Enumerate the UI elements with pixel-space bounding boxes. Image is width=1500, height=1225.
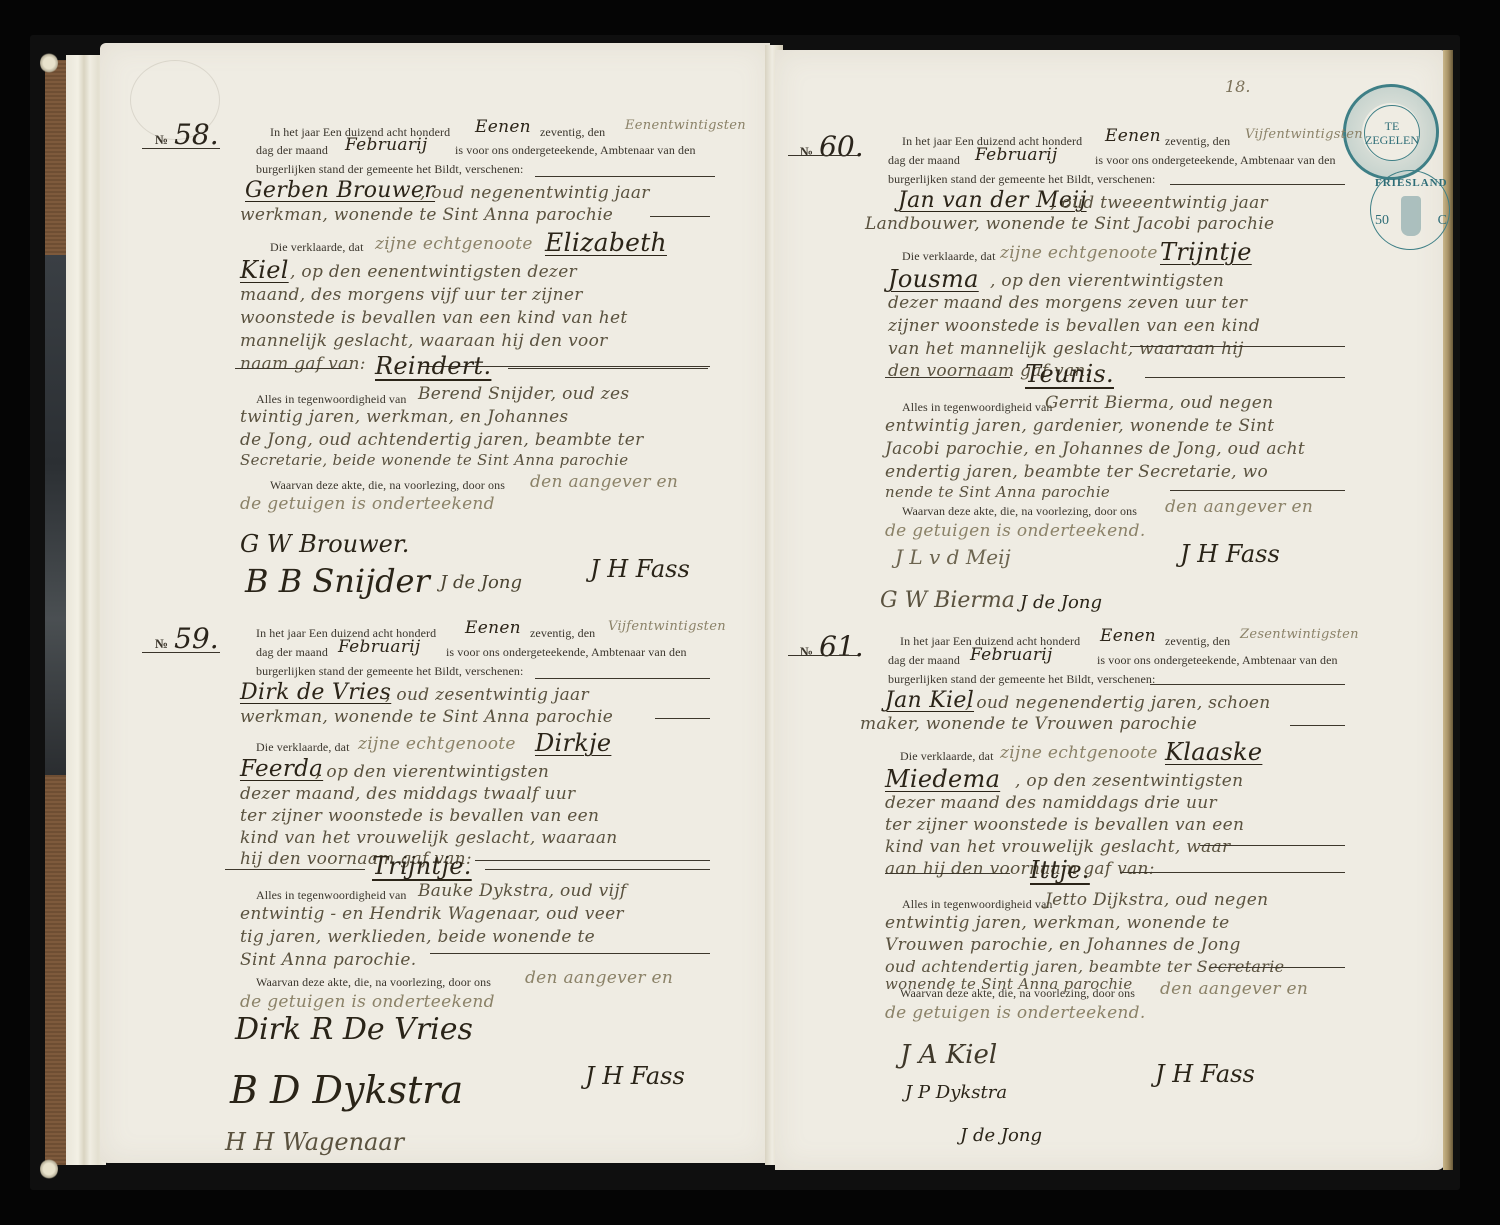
printed-line-2a: dag der maand [256, 143, 328, 158]
printed-line-3: burgerlijken stand der gemeente het Bild… [256, 664, 523, 679]
act-number: №58. [155, 118, 219, 151]
mother-last-name: Feerda [240, 756, 323, 782]
day-word: Vijfentwintigsten [1245, 127, 1363, 142]
day-word: Eenentwintigsten [625, 118, 746, 133]
signed-line: den aangever en [1160, 979, 1308, 999]
crown-crest-icon [1401, 196, 1421, 236]
fill-rule [885, 873, 1010, 874]
printed-whereof: Waarvan deze akte, die, na voorlezing, d… [270, 478, 505, 493]
act-number: №61. [800, 630, 864, 663]
declarant-line-2: maker, wonende te Vrouwen parochie [860, 714, 1197, 734]
printed-line-3: burgerlijken stand der gemeente het Bild… [888, 172, 1155, 187]
signature: J de Jong [1020, 592, 1102, 613]
spouse-intro: zijne echtgenoote [358, 734, 516, 754]
fill-rule [535, 176, 715, 177]
province-stamp-name: FRIESLAND [1375, 177, 1447, 189]
declarant-line-1: , oud zesentwintig jaar [385, 685, 589, 705]
child-name: Ittje. [1030, 856, 1090, 884]
birth-line: , op den eenentwintigsten dezer [290, 262, 577, 282]
birth-line: aan hij den voornaam gaf van: [885, 859, 1155, 879]
printed-line-3: burgerlijken stand der gemeente het Bild… [256, 162, 523, 177]
witness-line: Gerrit Bierma, oud negen [1045, 393, 1273, 413]
witness-line: nende te Sint Anna parochie [885, 483, 1110, 501]
signature: J A Kiel [900, 1040, 997, 1070]
fill-rule [655, 718, 710, 719]
year-word: Eenen [475, 117, 531, 137]
child-name: Teunis. [1025, 360, 1114, 388]
mother-last-name: Jousma [888, 265, 979, 293]
mother-first-name: Dirkje [535, 729, 611, 757]
mother-first-name: Trijntje [1160, 238, 1252, 266]
printed-declared: Die verklaarde, dat [902, 249, 996, 264]
declarant-line-2: Landbouwer, wonende te Sint Jacobi paroc… [865, 214, 1274, 234]
witness-line: Berend Snijder, oud zes [418, 384, 629, 404]
declarant-line-2: werkman, wonende te Sint Anna parochie [240, 205, 613, 225]
act-number: №59. [155, 622, 219, 655]
binding-thread-top [40, 52, 58, 74]
month: Februarij [975, 145, 1058, 165]
fill-rule [535, 678, 710, 679]
printed-zeventig: zeventig, den [1165, 134, 1230, 149]
birth-line: van het mannelijk geslacht, waaraan hij [888, 339, 1244, 359]
printed-line-2b: is voor ons ondergeteekende, Ambtenaar v… [1095, 153, 1336, 168]
printed-presence: Alles in tegenwoordigheid van [902, 897, 1053, 912]
child-name: Reindert. [375, 352, 491, 380]
witness-line: twintig jaren, werkman, en Johannes [240, 407, 568, 427]
printed-line-2b: is voor ons ondergeteekende, Ambtenaar v… [1097, 653, 1338, 668]
signed-line: de getuigen is onderteekend [240, 992, 495, 1012]
birth-line: dezer maand des morgens zeven uur ter [888, 293, 1247, 313]
witness-line: entwintig jaren, gardenier, wonende te S… [885, 416, 1274, 436]
day-word: Vijfentwintigsten [608, 619, 726, 634]
birth-line: mannelijk geslacht, waaraan hij den voor [240, 331, 608, 351]
witness-line: Sint Anna parochie. [240, 950, 416, 970]
birth-line: , op den vierentwintigsten [990, 271, 1224, 291]
fill-rule [1120, 872, 1345, 873]
signature: J P Dykstra [905, 1082, 1007, 1103]
signature: H H Wagenaar [225, 1128, 404, 1156]
month: Februarij [970, 645, 1053, 665]
printed-whereof: Waarvan deze akte, die, na voorlezing, d… [900, 986, 1135, 1001]
fill-rule [225, 869, 365, 870]
act-number-rule [788, 155, 858, 156]
mother-first-name: Klaaske [1165, 738, 1262, 766]
birth-line: ter zijner woonstede is bevallen van een [885, 815, 1244, 835]
printed-zeventig: zeventig, den [530, 626, 595, 641]
act-number: №60. [800, 130, 864, 163]
fill-rule [1200, 845, 1345, 846]
printed-line-2a: dag der maand [888, 153, 960, 168]
witness-line: Bauke Dykstra, oud vijf [418, 881, 626, 901]
printed-presence: Alles in tegenwoordigheid van [256, 888, 407, 903]
signed-line: de getuigen is onderteekend. [885, 521, 1146, 541]
fill-rule [650, 216, 710, 217]
birth-line: , op den zesentwintigsten [1015, 771, 1243, 791]
declarant-name: Gerben Brouwer [245, 178, 435, 203]
declarant-line-1: , oud tweeentwintig jaar [1050, 193, 1268, 213]
fill-rule [1210, 967, 1345, 968]
signed-line: den aangever en [530, 472, 678, 492]
printed-whereof: Waarvan deze akte, die, na voorlezing, d… [902, 504, 1137, 519]
fill-rule [1130, 346, 1345, 347]
day-word: Zesentwintigsten [1240, 627, 1359, 642]
printed-line-2b: is voor ons ondergeteekende, Ambtenaar v… [446, 645, 687, 660]
printed-line-2a: dag der maand [256, 645, 328, 660]
fill-rule [485, 869, 710, 870]
birth-line: kind van het vrouwelijk geslacht, waaraa… [240, 828, 618, 848]
fill-rule [1150, 684, 1345, 685]
fiscal-stamp-text: TE ZEGELEN [1364, 105, 1420, 161]
witness-line: Jacobi parochie, en Johannes de Jong, ou… [885, 439, 1305, 459]
year-word: Eenen [1105, 126, 1161, 146]
month: Februarij [338, 637, 421, 657]
birth-line: ter zijner woonstede is bevallen van een [240, 806, 599, 826]
declarant-name: Dirk de Vries [240, 680, 391, 705]
witness-line: Secretarie, beide wonende te Sint Anna p… [240, 451, 628, 469]
fill-rule [1170, 490, 1345, 491]
mother-first-name: Elizabeth [545, 228, 667, 257]
witness-line: tig jaren, werklieden, beide wonende te [240, 927, 595, 947]
declarant-name: Jan Kiel [885, 688, 974, 713]
printed-presence: Alles in tegenwoordigheid van [902, 400, 1053, 415]
signed-line: de getuigen is onderteekend. [885, 1003, 1146, 1023]
child-name: Trijntje. [372, 852, 472, 880]
birth-line: woonstede is bevallen van een kind van h… [240, 308, 628, 328]
declarant-line-1: , oud negenentwintig jaar [420, 183, 650, 203]
printed-whereof: Waarvan deze akte, die, na voorlezing, d… [256, 975, 491, 990]
witness-line: de Jong, oud achtendertig jaren, beambte… [240, 430, 644, 450]
fill-rule [1145, 377, 1345, 378]
year-word: Eenen [1100, 626, 1156, 646]
spouse-intro: zijne echtgenoote [1000, 743, 1158, 763]
witness-line: entwintig jaren, werkman, wonende te [885, 913, 1230, 933]
act-number-rule [788, 655, 858, 656]
witness-line: Vrouwen parochie, en Johannes de Jong [885, 935, 1241, 955]
witness-line: entwintig - en Hendrik Wagenaar, oud vee… [240, 904, 624, 924]
spouse-intro: zijne echtgenoote [1000, 243, 1158, 263]
year-word: Eenen [465, 618, 521, 638]
printed-declared: Die verklaarde, dat [270, 240, 364, 255]
stamp-value: 50 [1375, 213, 1389, 229]
signature: B B Snijder [245, 562, 430, 600]
signature: G W Brouwer. [240, 530, 409, 558]
fill-rule [508, 368, 708, 369]
birth-line: naam gaf van: [240, 354, 366, 374]
signature: J de Jong [440, 572, 522, 593]
act-number-rule [142, 148, 220, 149]
registrar-signature: J H Fass [1180, 540, 1280, 568]
declarant-line-2: werkman, wonende te Sint Anna parochie [240, 707, 613, 727]
fill-rule [430, 953, 710, 954]
signature: J L v d Meij [895, 545, 1011, 569]
binding-thread-bottom [40, 1158, 58, 1180]
printed-line-2a: dag der maand [888, 653, 960, 668]
folio-number: 18. [1225, 77, 1250, 96]
spouse-intro: zijne echtgenoote [375, 234, 533, 254]
month: Februarij [345, 135, 428, 155]
fill-rule [235, 368, 350, 369]
signature: J de Jong [960, 1125, 1042, 1146]
registrar-signature: J H Fass [590, 555, 690, 583]
signed-line: den aangever en [525, 968, 673, 988]
signature: G W Bierma [880, 588, 1015, 613]
printed-zeventig: zeventig, den [540, 125, 605, 140]
spine-marbled-patch [45, 255, 67, 775]
printed-declared: Die verklaarde, dat [256, 740, 350, 755]
birth-line: kind van het vrouwelijk geslacht, waar [885, 837, 1230, 857]
signature: B D Dykstra [230, 1068, 463, 1112]
act-number-rule [142, 652, 220, 653]
signature: Dirk R De Vries [235, 1012, 473, 1047]
birth-line: dezer maand des namiddags drie uur [885, 793, 1217, 813]
fill-rule [475, 860, 710, 861]
witness-line: endertig jaren, beambte ter Secretarie, … [885, 462, 1268, 482]
witness-line: Jetto Dijkstra, oud negen [1045, 890, 1268, 910]
birth-line: dezer maand, des middags twaalf uur [240, 784, 575, 804]
birth-line: maand, des morgens vijf uur ter zijner [240, 285, 583, 305]
mother-last-name: Kiel [240, 256, 289, 284]
mother-last-name: Miedema [885, 765, 1000, 793]
registrar-signature: J H Fass [585, 1062, 685, 1090]
fill-rule [885, 377, 1010, 378]
birth-line: zijner woonstede is bevallen van een kin… [888, 316, 1260, 336]
birth-line: , op den vierentwintigsten [315, 762, 549, 782]
printed-line-3: burgerlijken stand der gemeente het Bild… [888, 672, 1155, 687]
registrar-signature: J H Fass [1155, 1060, 1255, 1088]
printed-zeventig: zeventig, den [1165, 634, 1230, 649]
signed-line: de getuigen is onderteekend [240, 494, 495, 514]
province-stamp: FRIESLAND 50 C [1370, 170, 1450, 250]
printed-presence: Alles in tegenwoordigheid van [256, 392, 407, 407]
signed-line: den aangever en [1165, 497, 1313, 517]
fill-rule [1290, 725, 1345, 726]
declarant-line-1: , oud negenendertig jaren, schoen [965, 693, 1271, 713]
printed-line-2b: is voor ons ondergeteekende, Ambtenaar v… [455, 143, 696, 158]
fill-rule [1170, 184, 1345, 185]
stamp-unit: C [1438, 213, 1447, 229]
printed-declared: Die verklaarde, dat [900, 749, 994, 764]
